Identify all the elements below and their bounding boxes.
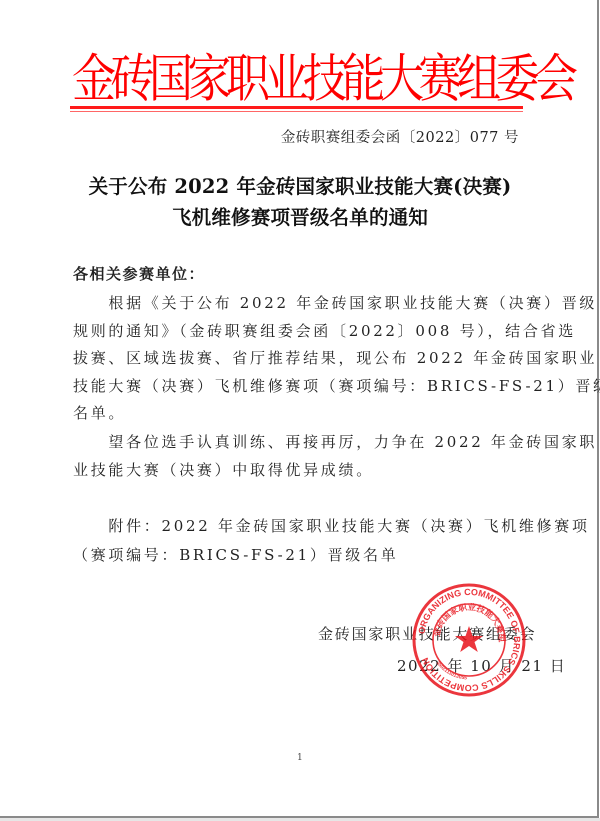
page-number: 1 bbox=[297, 753, 303, 763]
letterhead-rule-thick bbox=[70, 106, 523, 109]
body-line: 技能大赛（决赛）飞机维修赛项（赛项编号：BRICS-FS-21）晋级 bbox=[73, 375, 600, 396]
document-page: 金砖国家职业技能大赛组委会 金砖职赛组委会函〔2022〕077 号 关于公布 2… bbox=[0, 0, 599, 818]
official-seal-stamp: ORGANIZING COMMITTEE OF BRICS SKILLS COM… bbox=[411, 582, 527, 698]
body-line: 望各位选手认真训练、再接再厉，力争在 2022 年金砖国家职 bbox=[73, 431, 597, 452]
salutation: 各相关参赛单位： bbox=[73, 263, 205, 284]
document-number: 金砖职赛组委会函〔2022〕077 号 bbox=[281, 126, 519, 147]
notice-title-line-2: 飞机维修赛项晋级名单的通知 bbox=[0, 202, 600, 230]
letterhead-rule-thin bbox=[70, 111, 523, 112]
notice-title-line-1: 关于公布 2022 年金砖国家职业技能大赛(决赛) bbox=[0, 171, 600, 199]
body-line: 根据《关于公布 2022 年金砖国家职业技能大赛（决赛）晋级 bbox=[73, 292, 597, 313]
body-line: 业技能大赛（决赛）中取得优异成绩。 bbox=[73, 459, 374, 480]
star-icon bbox=[455, 626, 483, 652]
attachment-line: 附件：2022 年金砖国家职业技能大赛（决赛）飞机维修赛项 bbox=[73, 515, 590, 536]
attachment-line: （赛项编号：BRICS-FS-21）晋级名单 bbox=[73, 544, 398, 565]
body-line: 拔赛、区域选拔赛、省厅推荐结果，现公布 2022 年金砖国家职业 bbox=[73, 347, 597, 368]
letterhead-title: 金砖国家职业技能大赛组委会 bbox=[72, 46, 524, 114]
stamp-number: 3502111013055 bbox=[435, 660, 468, 681]
body-line: 名单。 bbox=[73, 402, 126, 423]
body-line: 规则的通知》（金砖职赛组委会函〔2022〕008 号），结合省选 bbox=[73, 320, 576, 341]
